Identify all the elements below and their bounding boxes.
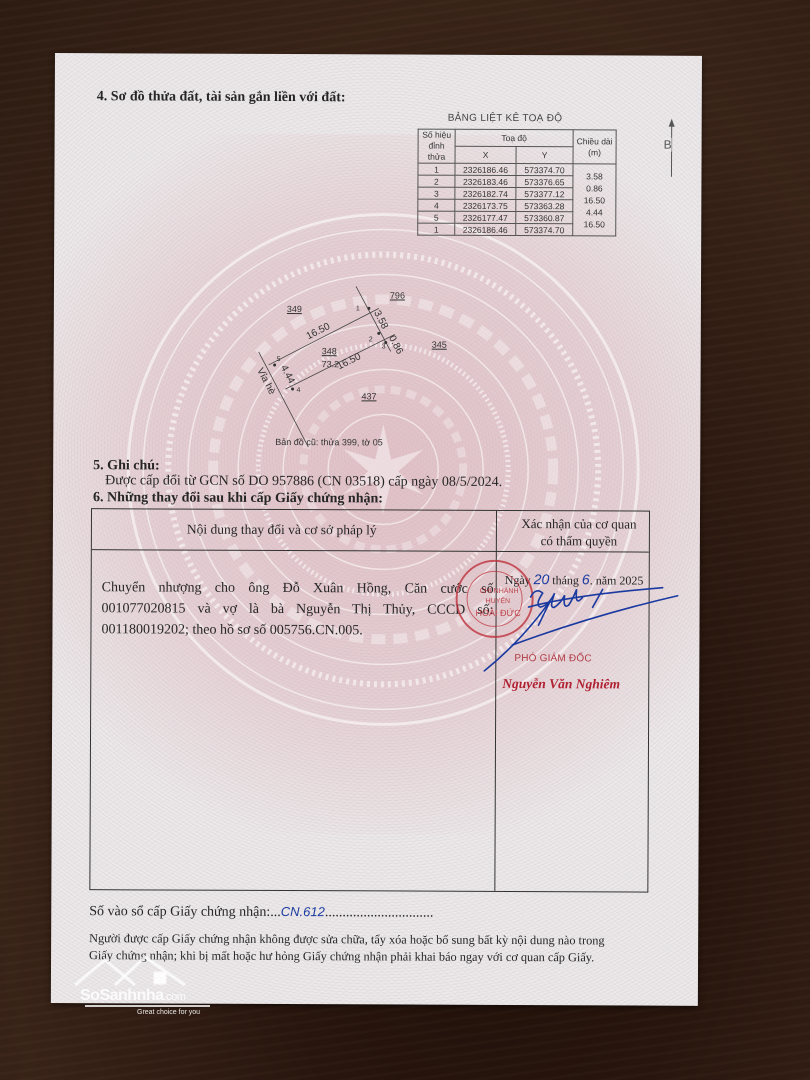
- registry-label: Số vào sổ cấp Giấy chứng nhận:...: [89, 904, 281, 920]
- watermark-underline: [85, 1005, 210, 1007]
- watermark-tagline: Great choice for you: [137, 1009, 200, 1016]
- signer-role: PHÓ GIÁM ĐỐC: [514, 653, 591, 664]
- signer-name: Nguyễn Văn Nghiêm: [502, 676, 620, 693]
- watermark-domain: .com: [164, 991, 186, 1003]
- registry-dots: ...............................: [325, 905, 434, 920]
- watermark-brand-name: SoSanhnha: [80, 987, 164, 1004]
- notice-line-1: Người được cấp Giấy chứng nhận không đượ…: [89, 931, 604, 948]
- certificate-page: 4. Sơ đồ thửa đất, tài sản gắn liền với …: [51, 53, 702, 1006]
- registry-line: Số vào sổ cấp Giấy chứng nhận:...CN.612.…: [89, 903, 433, 922]
- watermark-brand: SoSanhnha.com: [80, 987, 185, 1005]
- registry-value: CN.612: [281, 904, 325, 919]
- signature-scribble: [51, 53, 702, 1006]
